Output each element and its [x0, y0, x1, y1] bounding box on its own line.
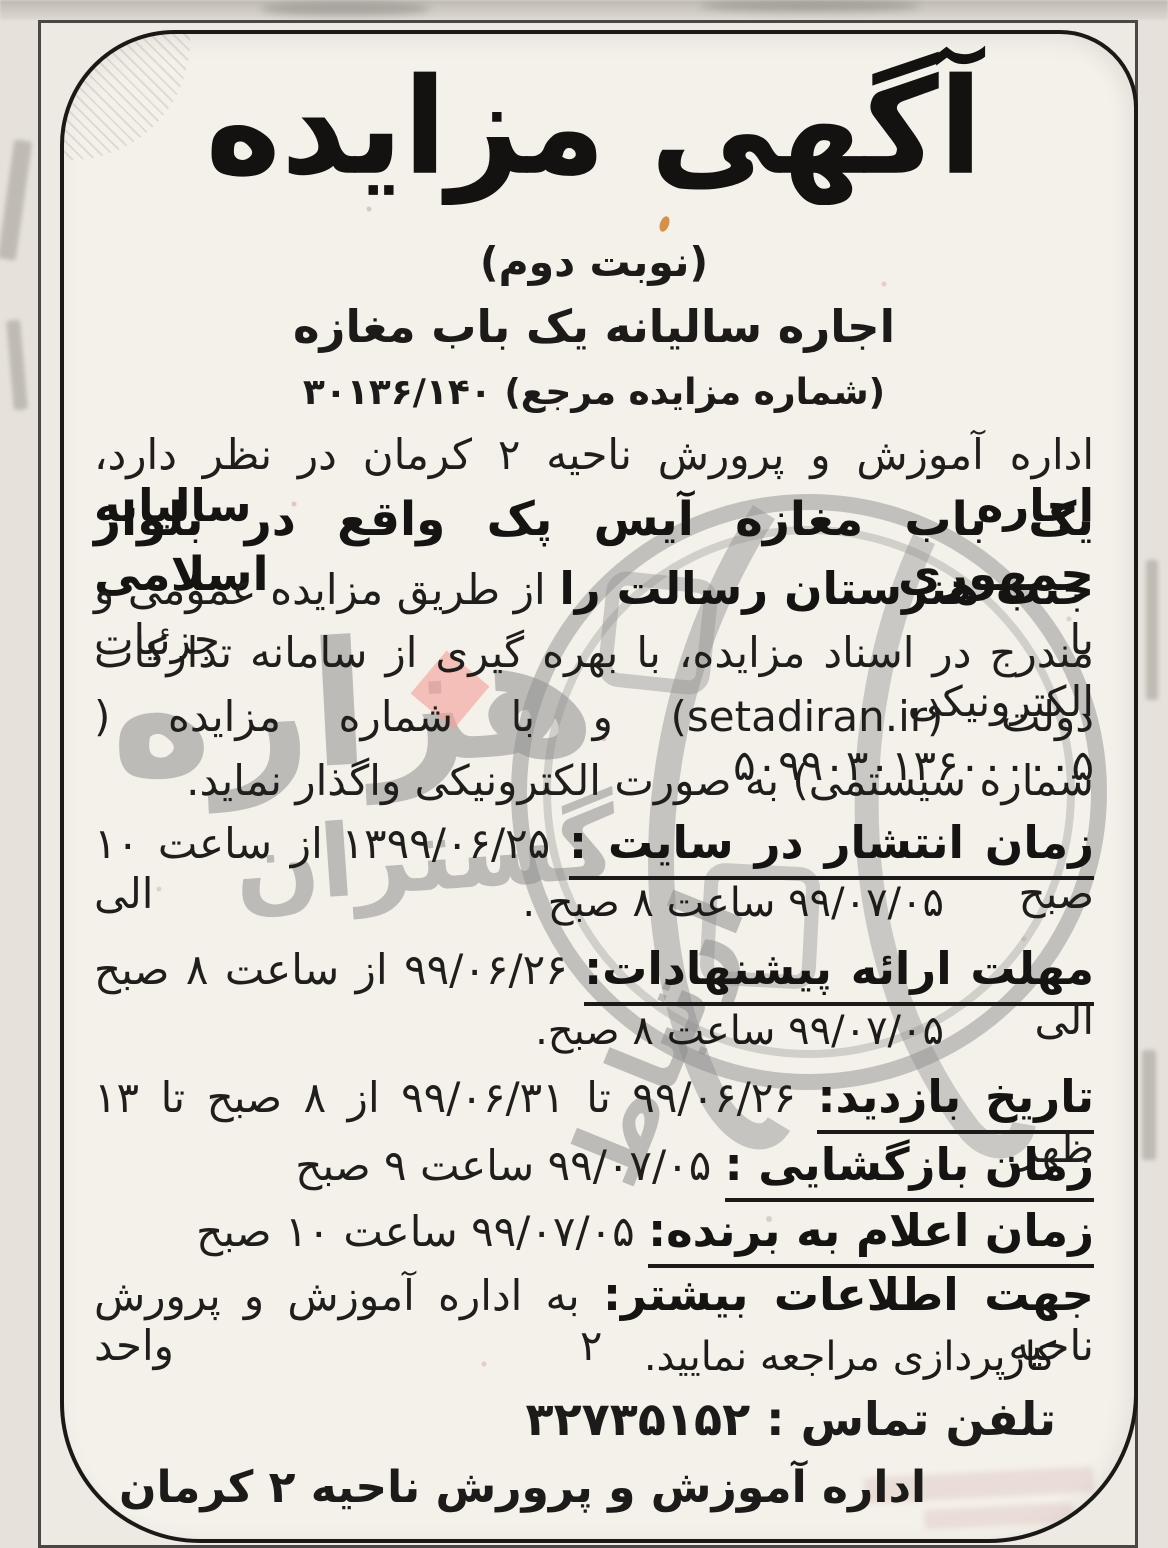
ghost-print — [924, 1502, 1075, 1530]
notice-round: (نوبت دوم) — [94, 238, 1094, 286]
schedule-winner-value: ۹۹/۰۷/۰۵ ساعت ۱۰ صبح — [196, 1207, 635, 1256]
schedule-opening-label: زمان بازگشایی : — [725, 1138, 1094, 1202]
more-info-label: جهت اطلاعات بیشتر: — [603, 1268, 1094, 1321]
phone-line: تلفن تماس : ۳۲۷۳۵۱۵۲ — [526, 1392, 1056, 1446]
signature-line: اداره آموزش و پرورش ناحیه ۲ کرمان — [119, 1462, 926, 1513]
body-line-1-normal: اداره آموزش و پرورش ناحیه ۲ کرمان در نظر… — [94, 430, 1094, 479]
newspaper-page: هزاره گستران ارتباط آگهی مزایده (نوبت دو… — [0, 0, 1168, 1548]
scan-smudge — [260, 2, 430, 16]
scan-smudge — [700, 0, 920, 12]
adjacent-column-remnant — [0, 139, 32, 260]
adjacent-column-remnant — [6, 320, 28, 411]
notice-title: آگهی مزایده — [94, 45, 1094, 211]
ink-fleck — [658, 215, 672, 233]
schedule-winner-line: زمان اعلام به برنده: ۹۹/۰۷/۰۵ ساعت ۱۰ صب… — [94, 1204, 1094, 1257]
body-line-6: شماره سیستمی) به صورت الکترونیکی واگذار … — [94, 756, 1094, 805]
schedule-publish-continuation: ۹۹/۰۷/۰۵ ساعت ۸ صبح . — [522, 880, 944, 926]
more-info-continuation: کارپردازی مراجعه نمایید. — [644, 1334, 1056, 1380]
adjacent-column-remnant — [1142, 1050, 1156, 1160]
phone-label: تلفن تماس : — [766, 1392, 1056, 1446]
schedule-winner-label: زمان اعلام به برنده: — [648, 1204, 1094, 1268]
schedule-opening-line: زمان بازگشایی : ۹۹/۰۷/۰۵ ساعت ۹ صبح — [94, 1138, 1094, 1191]
schedule-opening-value: ۹۹/۰۷/۰۵ ساعت ۹ صبح — [295, 1141, 711, 1190]
scan-edge-shading — [0, 0, 1168, 20]
adjacent-column-remnant — [1146, 560, 1158, 700]
schedule-deadline-continuation: ۹۹/۰۷/۰۵ ساعت ۸ صبح. — [535, 1008, 944, 1054]
notice-subject: اجاره سالیانه یک باب مغازه — [94, 300, 1094, 353]
phone-number: ۳۲۷۳۵۱۵۲ — [526, 1392, 751, 1446]
body-line-3-bold: جنب هنرستان رسالت را — [559, 562, 1094, 615]
notice-frame: هزاره گستران ارتباط آگهی مزایده (نوبت دو… — [60, 30, 1138, 1543]
reference-number-line: (شماره مزایده مرجع) ۳۰۱۳۶/۱۴۰ — [94, 372, 1094, 413]
schedule-deadline-label: مهلت ارائه پیشنهادات: — [584, 942, 1094, 1006]
